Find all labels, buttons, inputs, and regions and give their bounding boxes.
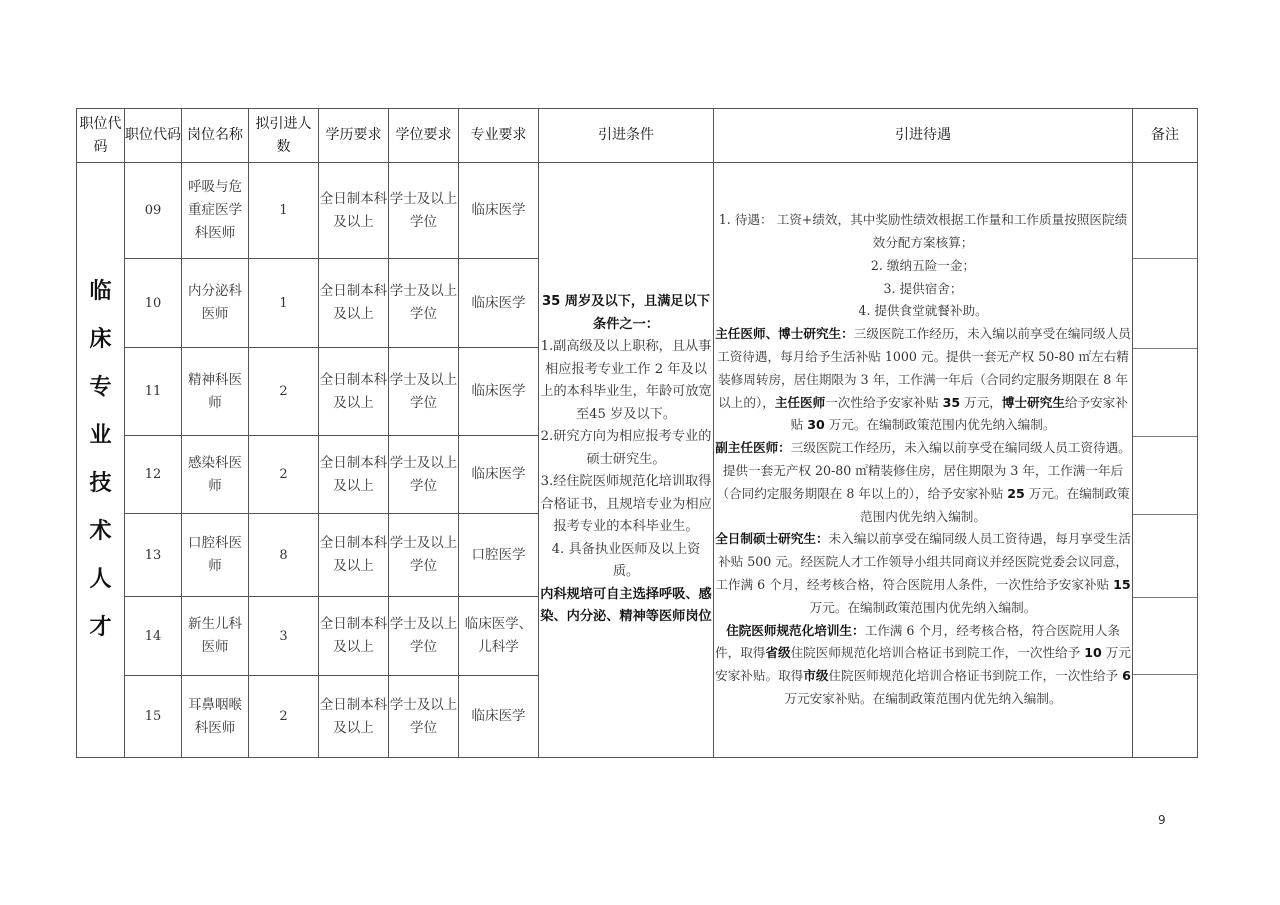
header-row: 职位代码 职位代码 岗位名称 拟引进人数 学历要求 学位要求 专业要求 引进条件… xyxy=(77,109,1198,163)
category-char: 人 xyxy=(77,556,124,604)
degree-requirement: 学士及以上学位 xyxy=(389,259,459,348)
benefits-cell: 1. 待遇： 工资+绩效，其中奖励性绩效根据工作量和工作质量按照医院绩效分配方案… xyxy=(714,163,1133,758)
education-requirement: 全日制本科及以上 xyxy=(319,597,389,676)
benefit-item: 3. 提供宿舍； xyxy=(714,278,1132,301)
header-degree: 学位要求 xyxy=(389,109,459,163)
condition-item: 4. 具备执业医师及以上资质。 xyxy=(539,539,713,584)
benefit-amount: 10 xyxy=(1084,645,1102,660)
benefit-emphasis: 市级 xyxy=(803,668,828,683)
remark-cell xyxy=(1133,598,1197,675)
position-name: 呼吸与危重症医学科医师 xyxy=(182,163,249,259)
degree-requirement: 学士及以上学位 xyxy=(389,348,459,436)
conditions-intro: 35 周岁及以下，且满足以下条件之一： xyxy=(539,291,713,336)
benefit-chief-physician: 主任医师、博士研究生：三级医院工作经历，未入编以前享受在编同级人员工资待遇，每月… xyxy=(714,323,1132,437)
degree-requirement: 学士及以上学位 xyxy=(389,163,459,259)
benefit-amount: 25 xyxy=(1007,486,1025,501)
remark-cell xyxy=(1133,437,1197,515)
remark-cell xyxy=(1133,515,1197,598)
major-requirement: 临床医学 xyxy=(459,348,539,436)
major-requirement: 临床医学 xyxy=(459,676,539,758)
benefit-item: 2. 缴纳五险一金； xyxy=(714,255,1132,278)
benefit-label: 副主任医师： xyxy=(715,440,791,455)
headcount: 2 xyxy=(249,436,319,514)
benefit-emphasis: 省级 xyxy=(765,645,790,660)
header-position-code: 职位代码 xyxy=(125,109,182,163)
position-code: 12 xyxy=(125,436,182,514)
position-name: 口腔科医师 xyxy=(182,514,249,597)
page-number: 9 xyxy=(1158,813,1166,827)
education-requirement: 全日制本科及以上 xyxy=(319,514,389,597)
conditions-cell: 35 周岁及以下，且满足以下条件之一： 1.副高级及以上职称，且从事相应报考专业… xyxy=(539,163,714,758)
remark-cell xyxy=(1133,675,1197,757)
major-requirement: 临床医学、儿科学 xyxy=(459,597,539,676)
benefit-text: 住院医师规范化培训合格证书到院工作，一次性给予 xyxy=(828,668,1122,683)
position-code: 11 xyxy=(125,348,182,436)
header-conditions: 引进条件 xyxy=(539,109,714,163)
benefit-master: 全日制硕士研究生：未入编以前享受在编同级人员工资待遇，每月享受生活补贴 500 … xyxy=(714,528,1132,619)
degree-requirement: 学士及以上学位 xyxy=(389,597,459,676)
benefit-deputy-chief: 副主任医师：三级医院工作经历，未入编以前享受在编同级人员工资待遇。提供一套无产权… xyxy=(714,437,1132,528)
major-requirement: 临床医学 xyxy=(459,163,539,259)
category-char: 才 xyxy=(77,604,124,652)
benefit-text: 万元， xyxy=(960,395,1002,410)
header-major: 专业要求 xyxy=(459,109,539,163)
benefit-text: 住院医师规范化培训合格证书到院工作，一次性给予 xyxy=(791,645,1085,660)
major-requirement: 临床医学 xyxy=(459,259,539,348)
benefit-text: 万元。在编制政策范围内优先纳入编制。 xyxy=(825,417,1056,432)
benefit-label: 住院医师规范化培训生： xyxy=(726,623,865,638)
position-name: 内分泌科医师 xyxy=(182,259,249,348)
benefit-resident: 住院医师规范化培训生：工作满 6 个月，经考核合格，符合医院用人条件，取得省级住… xyxy=(714,620,1132,711)
education-requirement: 全日制本科及以上 xyxy=(319,436,389,514)
category-char: 业 xyxy=(77,412,124,460)
header-category-code: 职位代码 xyxy=(77,109,125,163)
header-headcount: 拟引进人数 xyxy=(249,109,319,163)
category-cell: 临 床 专 业 技 术 人 才 xyxy=(77,163,125,758)
degree-requirement: 学士及以上学位 xyxy=(389,514,459,597)
education-requirement: 全日制本科及以上 xyxy=(319,163,389,259)
position-name: 精神科医师 xyxy=(182,348,249,436)
category-char: 专 xyxy=(77,364,124,412)
benefit-item: 1. 待遇： 工资+绩效，其中奖励性绩效根据工作量和工作质量按照医院绩效分配方案… xyxy=(714,209,1132,255)
category-char: 术 xyxy=(77,508,124,556)
education-requirement: 全日制本科及以上 xyxy=(319,348,389,436)
position-name: 新生儿科医师 xyxy=(182,597,249,676)
remark-cell xyxy=(1133,259,1197,349)
education-requirement: 全日制本科及以上 xyxy=(319,259,389,348)
header-position-name: 岗位名称 xyxy=(182,109,249,163)
position-code: 09 xyxy=(125,163,182,259)
benefit-emphasis: 主任医师 xyxy=(775,395,825,410)
category-char: 临 xyxy=(77,268,124,316)
category-char: 技 xyxy=(77,460,124,508)
position-name: 感染科医师 xyxy=(182,436,249,514)
education-requirement: 全日制本科及以上 xyxy=(319,676,389,758)
headcount: 2 xyxy=(249,348,319,436)
headcount: 8 xyxy=(249,514,319,597)
benefit-amount: 6 xyxy=(1122,668,1131,683)
benefit-amount: 35 xyxy=(943,395,961,410)
headcount: 1 xyxy=(249,259,319,348)
benefit-amount: 15 xyxy=(1113,577,1131,592)
header-remarks: 备注 xyxy=(1133,109,1198,163)
headcount: 2 xyxy=(249,676,319,758)
position-code: 15 xyxy=(125,676,182,758)
major-requirement: 临床医学 xyxy=(459,436,539,514)
position-code: 14 xyxy=(125,597,182,676)
benefit-text: 万元安家补贴。在编制政策范围内优先纳入编制。 xyxy=(784,691,1061,706)
condition-item: 1.副高级及以上职称，且从事相应报考专业工作 2 年及以上的本科毕业生，年龄可放… xyxy=(539,336,713,426)
headcount: 1 xyxy=(249,163,319,259)
category-char: 床 xyxy=(77,316,124,364)
degree-requirement: 学士及以上学位 xyxy=(389,676,459,758)
recruitment-table: 职位代码 职位代码 岗位名称 拟引进人数 学历要求 学位要求 专业要求 引进条件… xyxy=(76,108,1198,758)
benefit-text: 一次性给予安家补贴 xyxy=(825,395,942,410)
header-benefits: 引进待遇 xyxy=(714,109,1133,163)
header-education: 学历要求 xyxy=(319,109,389,163)
position-code: 13 xyxy=(125,514,182,597)
headcount: 3 xyxy=(249,597,319,676)
degree-requirement: 学士及以上学位 xyxy=(389,436,459,514)
remark-cell xyxy=(1133,349,1197,437)
benefit-item: 4. 提供食堂就餐补助。 xyxy=(714,300,1132,323)
benefit-label: 主任医师、博士研究生： xyxy=(715,326,854,341)
condition-item: 2.研究方向为相应报考专业的硕士研究生。 xyxy=(539,426,713,471)
benefit-emphasis: 博士研究生 xyxy=(1002,395,1065,410)
major-requirement: 口腔医学 xyxy=(459,514,539,597)
conditions-note: 内科规培可自主选择呼吸、感染、内分泌、精神等医师岗位 xyxy=(539,584,713,629)
condition-item: 3.经住院医师规范化培训取得合格证书，且规培专业为相应报考专业的本科毕业生。 xyxy=(539,471,713,539)
table-row: 临 床 专 业 技 术 人 才 09 呼吸与危重症医学科医师 1 全日制本科及以… xyxy=(77,163,1198,259)
remark-cell xyxy=(1133,163,1197,259)
remarks-cell xyxy=(1133,163,1198,758)
position-code: 10 xyxy=(125,259,182,348)
benefit-label: 全日制硕士研究生： xyxy=(715,531,828,546)
position-name: 耳鼻咽喉科医师 xyxy=(182,676,249,758)
benefit-amount: 30 xyxy=(807,417,825,432)
benefit-text: 万元。在编制政策范围内优先纳入编制。 xyxy=(810,600,1037,615)
